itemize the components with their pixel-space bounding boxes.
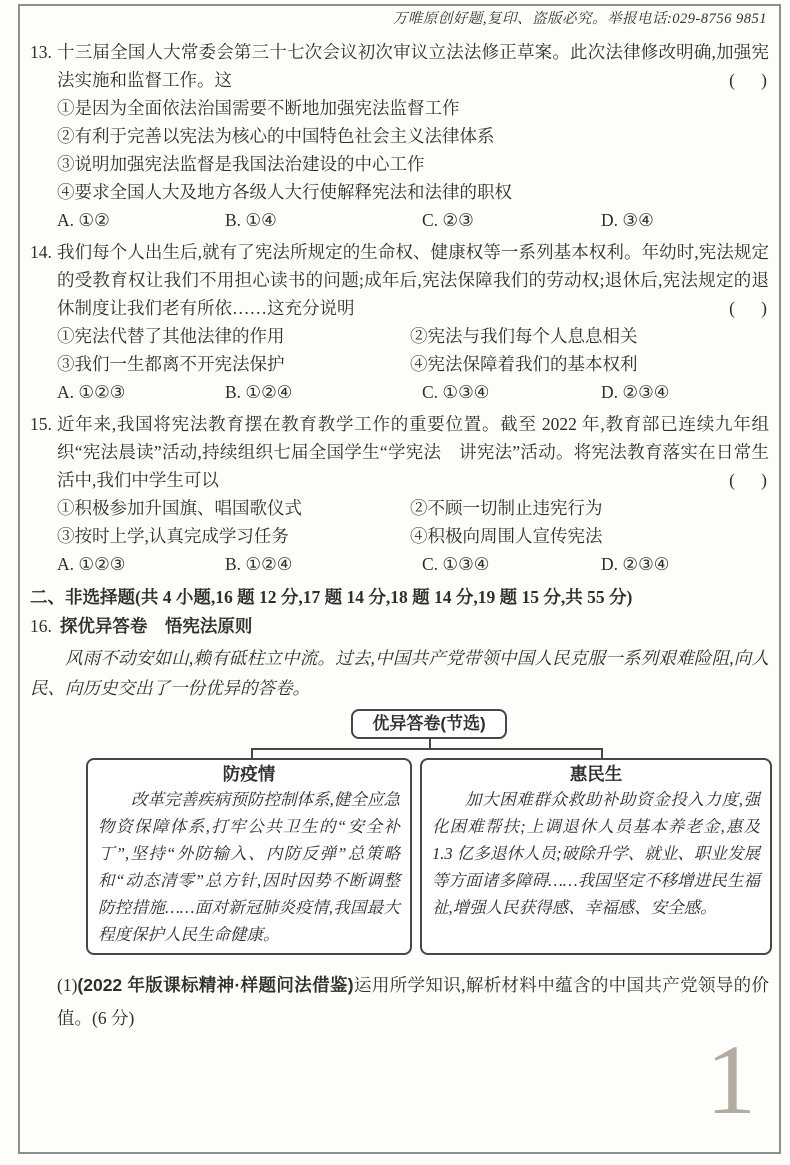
statement-item: ①积极参加升国旗、唱国歌仪式 [57,494,410,522]
choice-row: A. ①②③ B. ①②④ C. ①③④ D. ②③④ [57,550,769,578]
statement-grid: ①宪法代替了其他法律的作用 ②宪法与我们每个人息息相关 ③我们一生都离不开宪法保… [57,322,769,378]
choice-row: A. ①② B. ①④ C. ②③ D. ③④ [57,206,769,234]
connector-horizontal [251,748,602,750]
subquestion-1: (1)(2022 年版课标精神·样题问法借鉴)运用所学知识,解析材料中蕴含的中国… [57,969,769,1035]
choice-d: D. ③④ [601,206,769,234]
question-13: 13. 十三届全国人大常委会第三十七次会议初次审议立法法修正草案。此次法律修改明… [30,38,769,234]
question-stem: 十三届全国人大常委会第三十七次会议初次审议立法法修正草案。此次法律修改明确,加强… [57,38,769,94]
question-14: 14. 我们每个人出生后,就有了宪法所规定的生命权、健康权等一系列基本权利。年幼… [30,238,769,406]
diagram-root-label: 优异答卷(节选) [351,709,507,739]
statement-item: ③说明加强宪法监督是我国法治建设的中心工作 [57,150,769,178]
diagram-box-livelihood: 惠民生 加大困难群众救助补助资金投入力度,强化困难帮扶;上调退休人员基本养老金,… [420,758,772,955]
question-15: 15. 近年来,我国将宪法教育摆在教育教学工作的重要位置。截至 2022 年,教… [30,410,769,578]
choice-a: A. ①②③ [57,378,225,406]
question-number: 13. [30,38,52,66]
material-intro: 风雨不动安如山,赖有砥柱立中流。过去,中国共产党带领中国人民克服一系列艰难险阻,… [30,643,769,703]
answer-bracket: ( ) [729,66,767,94]
question-stem: 我们每个人出生后,就有了宪法所规定的生命权、健康权等一系列基本权利。年幼时,宪法… [57,238,769,322]
choice-c: C. ①③④ [422,378,601,406]
diagram-box-epidemic: 防疫情 改革完善疾病预防控制体系,健全应急物资保障体系,打牢公共卫生的“安全补丁… [86,758,412,955]
statement-item: ②宪法与我们每个人息息相关 [410,322,769,350]
choice-b: B. ①②④ [225,550,422,578]
choice-a: A. ①② [57,206,225,234]
question-title-text: 探优异答卷 悟宪法原则 [60,616,253,636]
statement-item: ①是因为全面依法治国需要不断地加强宪法监督工作 [57,94,769,122]
statement-grid: ①积极参加升国旗、唱国歌仪式 ②不顾一切制止违宪行为 ③按时上学,认真完成学习任… [57,494,769,550]
section-detail: (共 4 小题,16 题 12 分,17 题 14 分,18 题 14 分,19… [135,587,632,607]
statement-item: ③我们一生都离不开宪法保护 [57,350,410,378]
diagram-connector [86,739,772,758]
statement-item: ④要求全国人大及地方各级人大行使解释宪法和法律的职权 [57,178,769,206]
box-title: 惠民生 [432,762,760,786]
page-border-frame: 万唯原创好题,复印、盗版必究。举报电话:029-8756 9851 13. 十三… [18,4,781,1154]
statement-item: ②有利于完善以宪法为核心的中国特色社会主义法律体系 [57,122,769,150]
answer-bracket: ( ) [729,466,767,494]
choice-b: B. ①②④ [225,378,422,406]
answer-diagram: 优异答卷(节选) 防疫情 改革完善疾病预防控制体系,健全应急物资保障体系,打牢公… [86,709,772,955]
connector-drop-right [601,748,603,758]
box-body: 改革完善疾病预防控制体系,健全应急物资保障体系,打牢公共卫生的“安全补丁”,坚持… [98,786,400,948]
question-number: 14. [30,238,52,266]
statement-item: ②不顾一切制止违宪行为 [410,494,769,522]
choice-d: D. ②③④ [601,378,769,406]
statement-item: ①宪法代替了其他法律的作用 [57,322,410,350]
statement-item: ④积极向周围人宣传宪法 [410,522,769,550]
statement-item: ④宪法保障着我们的基本权利 [410,350,769,378]
question-number: 16. [30,616,52,636]
choice-b: B. ①④ [225,206,422,234]
choice-c: C. ②③ [422,206,601,234]
statement-item: ③按时上学,认真完成学习任务 [57,522,410,550]
box-title: 防疫情 [98,762,400,786]
question-number: 15. [30,410,52,438]
subquestion-source: (2022 年版课标精神·样题问法借鉴) [77,975,353,995]
connector-drop-left [251,748,253,758]
diagram-boxes: 防疫情 改革完善疾病预防控制体系,健全应急物资保障体系,打牢公共卫生的“安全补丁… [86,758,772,955]
page-number: 1 [706,1030,756,1130]
copyright-notice: 万唯原创好题,复印、盗版必究。举报电话:029-8756 9851 [30,9,767,30]
question-stem: 近年来,我国将宪法教育摆在教育教学工作的重要位置。截至 2022 年,教育部已连… [57,410,769,494]
statement-list: ①是因为全面依法治国需要不断地加强宪法监督工作 ②有利于完善以宪法为核心的中国特… [57,94,769,206]
section-label: 二、非选择题 [30,587,135,607]
subquestion-label: (1) [57,975,77,995]
exam-page: 万唯原创好题,复印、盗版必究。举报电话:029-8756 9851 13. 十三… [0,0,790,1165]
choice-a: A. ①②③ [57,550,225,578]
question-16-title: 16.探优异答卷 悟宪法原则 [30,612,769,641]
box-body: 加大困难群众救助补助资金投入力度,强化困难帮扶;上调退休人员基本养老金,惠及 1… [432,786,760,921]
choice-row: A. ①②③ B. ①②④ C. ①③④ D. ②③④ [57,378,769,406]
section-heading: 二、非选择题(共 4 小题,16 题 12 分,17 题 14 分,18 题 1… [30,583,769,612]
answer-bracket: ( ) [729,294,767,322]
choice-c: C. ①③④ [422,550,601,578]
choice-d: D. ②③④ [601,550,769,578]
